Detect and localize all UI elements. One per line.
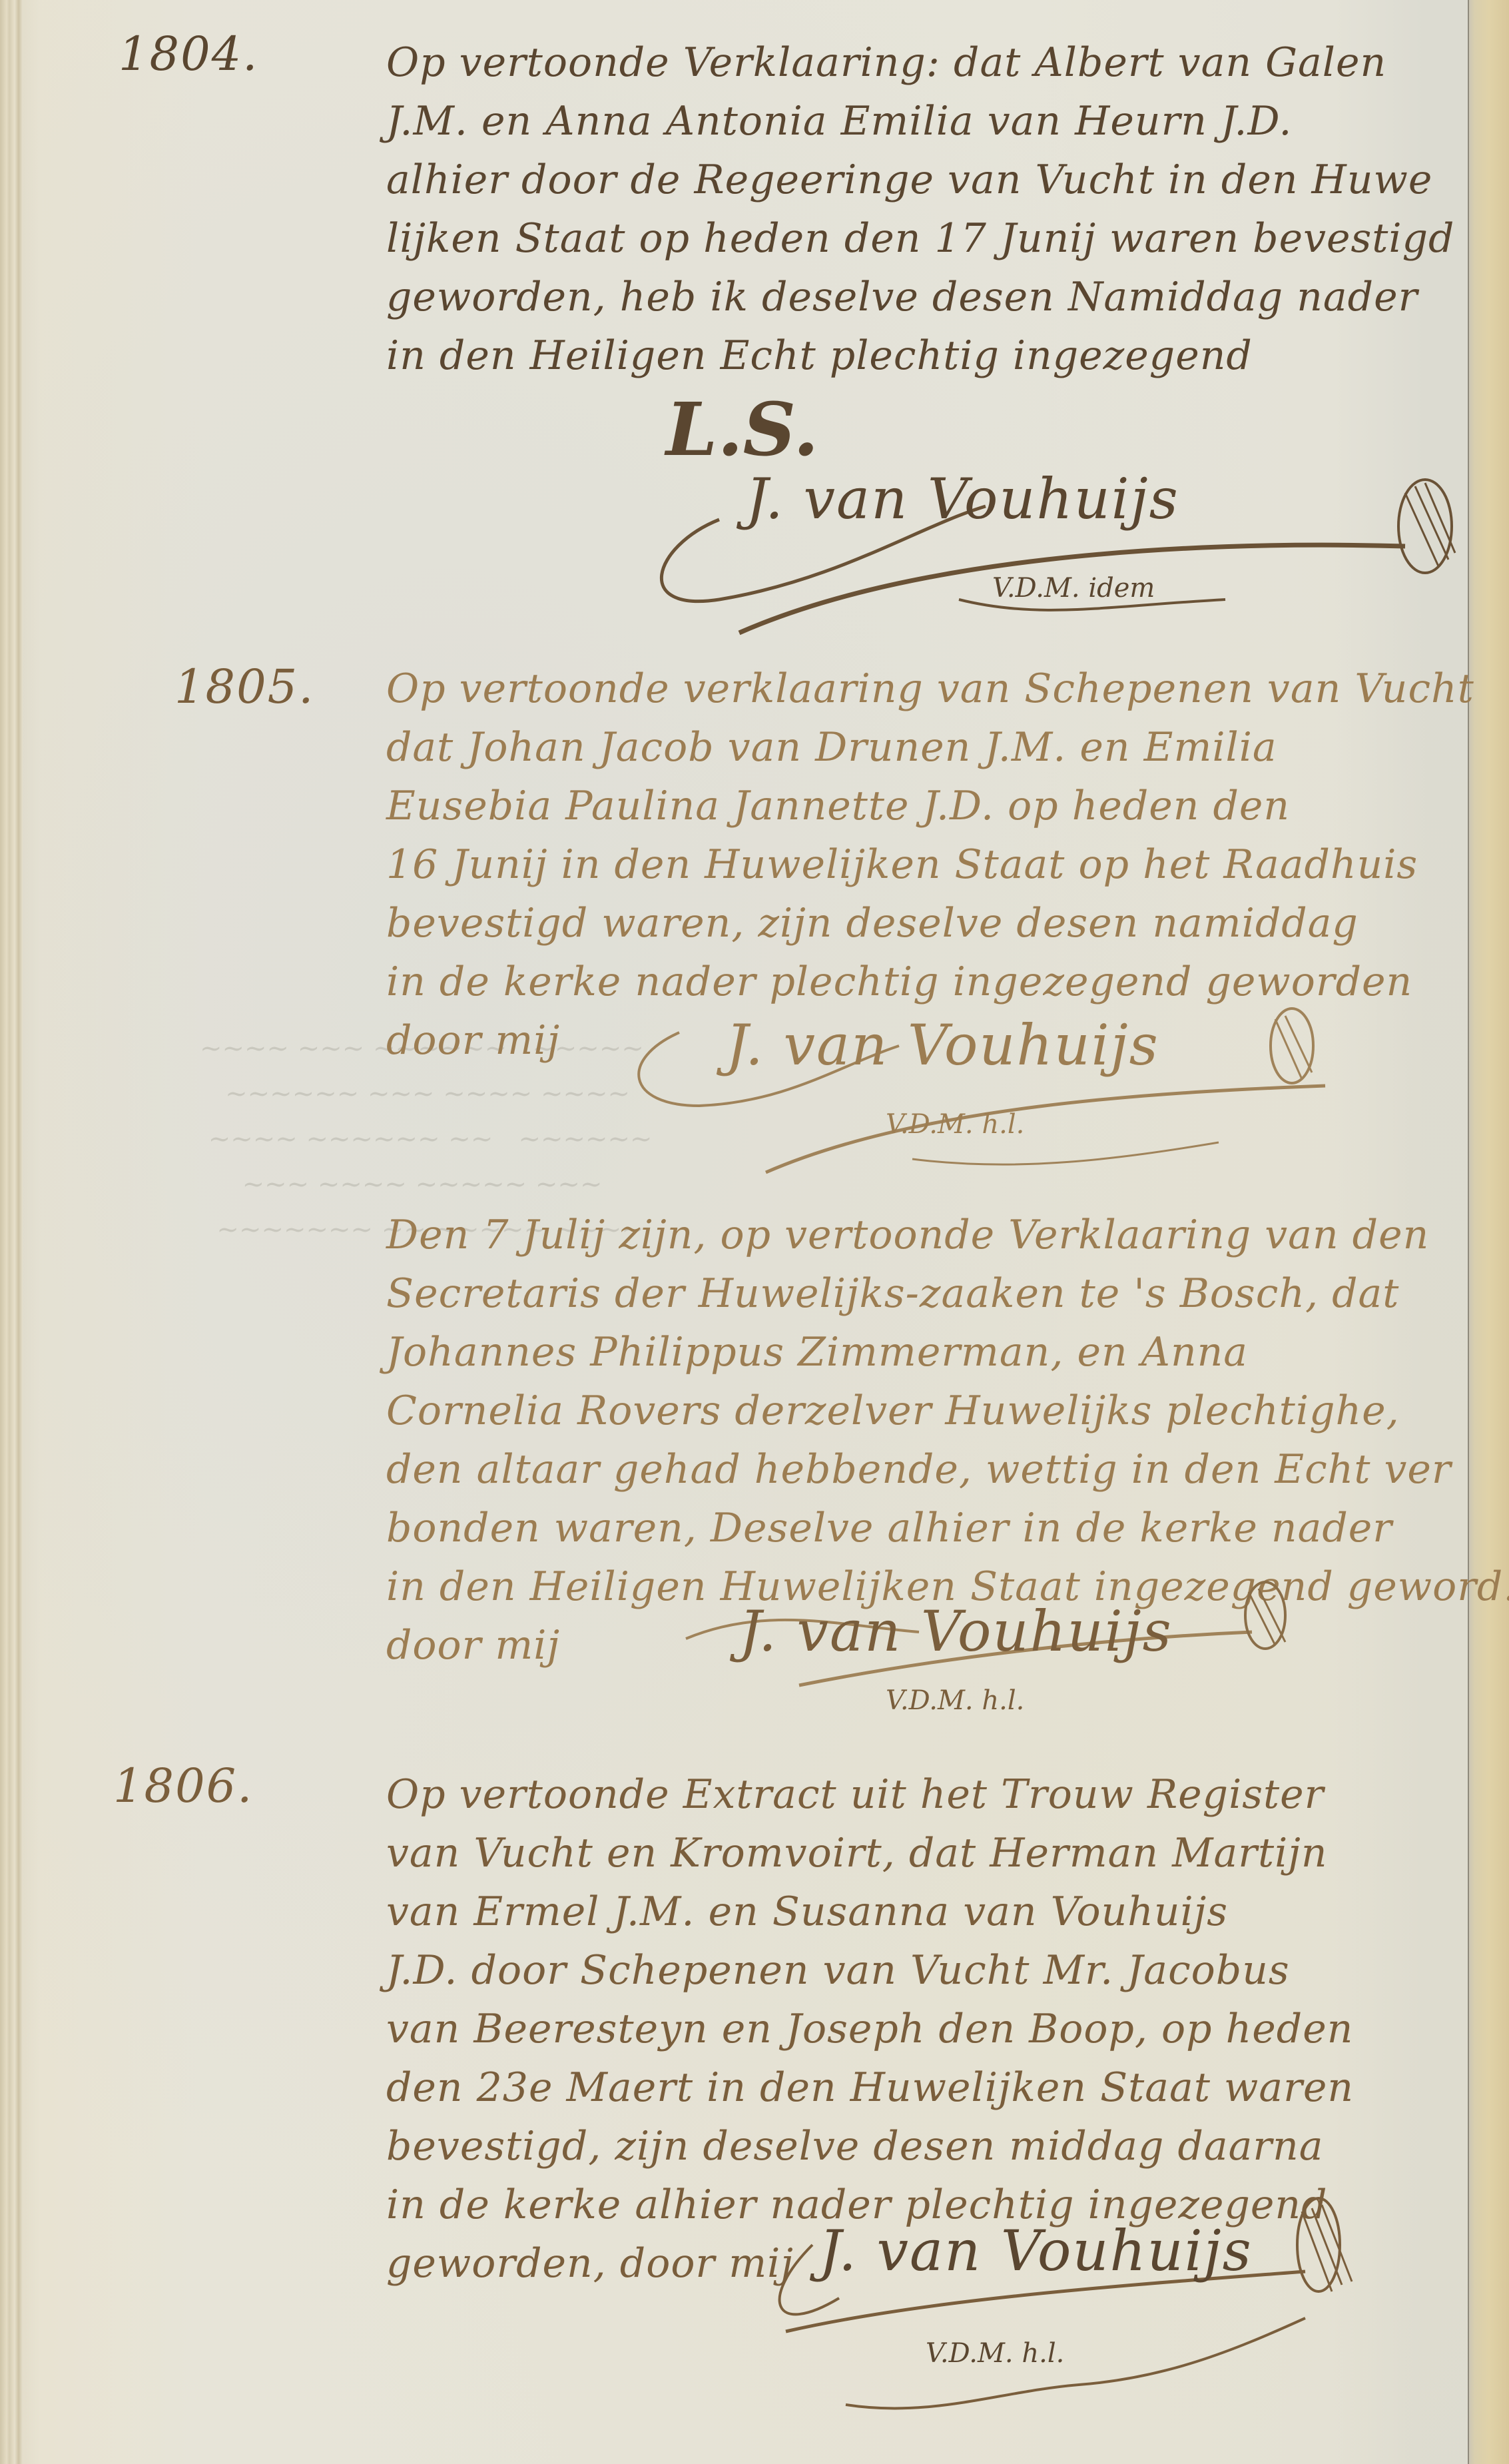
entry-line: bonden waren, Deselve alhier in de kerke… [386, 1499, 1452, 1557]
entry-line: bevestigd, zijn deselve desen middag daa… [386, 2117, 1452, 2176]
year-1804: 1804. [119, 27, 258, 81]
entry-line: in de kerke nader plechtig ingezegend ge… [386, 953, 1452, 1011]
signature-subscript: V.D.M. h.l. [886, 1109, 1024, 1140]
entry-line: den 23e Maert in den Huwelijken Staat wa… [386, 2058, 1452, 2117]
year-1805: 1805. [174, 659, 314, 714]
entry-line: Johannes Philippus Zimmerman, en Anna [386, 1323, 1452, 1382]
signature-vouhuijs: J. van Vouhuijs [819, 2218, 1253, 2283]
page-edge [1468, 0, 1509, 2464]
entry-line: lijken Staat op heden den 17 Junij waren… [386, 209, 1452, 268]
entry-line: van Ermel J.M. en Susanna van Vouhuijs [386, 1882, 1452, 1941]
entry-line: Op vertoonde Extract uit het Trouw Regis… [386, 1765, 1452, 1824]
entry-line: in den Heiligen Echt plechtig ingezegend [386, 326, 1452, 385]
signature-subscript: V.D.M. h.l. [926, 2338, 1064, 2369]
entry-line: Secretaris der Huwelijks-zaaken te 's Bo… [386, 1264, 1452, 1323]
entry-line: van Beeresteyn en Joseph den Boop, op he… [386, 2000, 1452, 2058]
entry-line: 16 Junij in den Huwelijken Staat op het … [386, 835, 1452, 894]
entry-line: J.D. door Schepenen van Vucht Mr. Jacobu… [386, 1941, 1452, 2000]
signature-subscript: V.D.M. idem [992, 573, 1155, 604]
entry-line: J.M. en Anna Antonia Emilia van Heurn J.… [386, 92, 1452, 151]
entry-line: geworden, heb ik deselve desen Namiddag … [386, 268, 1452, 326]
binding-gutter [0, 0, 23, 2464]
entry-1804: Op vertoonde Verklaaring: dat Albert van… [386, 33, 1452, 385]
entry-line: den altaar gehad hebbende, wettig in den… [386, 1440, 1452, 1499]
signature-vouhuijs: J. van Vouhuijs [739, 1599, 1173, 1664]
signature-vouhuijs: J. van Vouhuijs [726, 1013, 1159, 1078]
manuscript-page: ~~~~ ~~~ ~~~~~~ ~~~~~ ~~~~~~ ~~~ ~~~~ ~~… [0, 0, 1509, 2464]
entry-line: van Vucht en Kromvoirt, dat Herman Marti… [386, 1824, 1452, 1882]
entry-1806: Op vertoonde Extract uit het Trouw Regis… [386, 1765, 1452, 2293]
entry-line: Op vertoonde Verklaaring: dat Albert van… [386, 33, 1452, 92]
signature-subscript: V.D.M. h.l. [886, 1685, 1024, 1716]
signature-vouhuijs: J. van Vouhuijs [746, 466, 1179, 532]
entry-line: dat Johan Jacob van Drunen J.M. en Emili… [386, 718, 1452, 777]
year-1806: 1806. [113, 1759, 253, 1813]
entry-line: bevestigd waren, zijn deselve desen nami… [386, 894, 1452, 953]
seal-mark-ls: L.S. [666, 386, 818, 472]
entry-line: Eusebia Paulina Jannette J.D. op heden d… [386, 777, 1452, 835]
entry-line: Cornelia Rovers derzelver Huwelijks plec… [386, 1382, 1452, 1440]
entry-line: Den 7 Julij zijn, op vertoonde Verklaari… [386, 1206, 1452, 1264]
entry-line: Op vertoonde verklaaring van Schepenen v… [386, 659, 1452, 718]
entry-line: alhier door de Regeeringe van Vucht in d… [386, 151, 1452, 209]
